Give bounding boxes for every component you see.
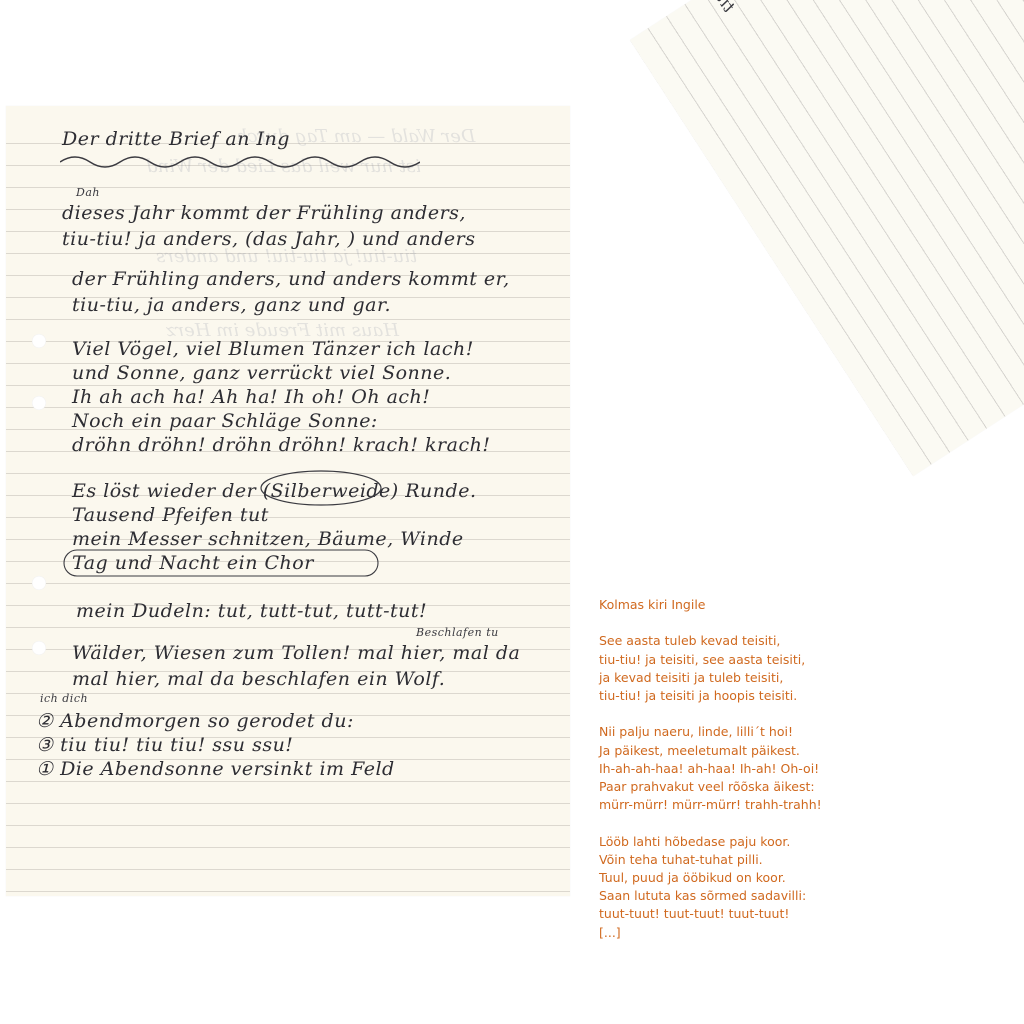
manuscript-line: der Frühling anders, und anders kommt er… [72,268,510,290]
verse-line: Paar prahvakut veel rõõska äikest: [599,778,899,796]
verse-line: [...] [599,924,899,942]
verse-line: tiu-tiu! ja teisiti, see aasta teisiti, [599,651,899,669]
manuscript-line: ③ tiu tiu! tiu tiu! ssu ssu! [36,734,293,756]
stanza: Nii palju naeru, linde, lilli´t hoi! Ja … [599,723,899,814]
punch-hole [32,396,46,410]
manuscript-line: Dah [76,186,100,199]
manuscript-page-left: Der Wald — am Tag durch ist nur weil das… [6,106,570,896]
punch-hole [32,641,46,655]
manuscript-line: Beschlafen tu [416,626,499,639]
circle-annotation [256,468,386,508]
verse-line: Võin teha tuhat-tuhat pilli. [599,851,899,869]
manuscript-line: und Sonne, ganz verrückt viel Sonne. [72,362,451,384]
verse-line: Lööb lahti hõbedase paju koor. [599,833,899,851]
verse-line: mürr-mürr! mürr-mürr! trahh-trahh! [599,796,899,814]
verse-line: tuut-tuut! tuut-tuut! tuut-tuut! [599,905,899,923]
manuscript-line: mein Dudeln: tut, tutt-tut, tutt-tut! [76,600,427,622]
translation-title: Kolmas kiri Ingile [599,596,899,614]
manuscript-line: ② Abendmorgen so gerodet du: [36,710,354,732]
manuscript-line: Viel Vögel, viel Blumen Tänzer ich lach! [72,338,474,360]
verse-line: Nii palju naeru, linde, lilli´t hoi! [599,723,899,741]
manuscript-line: tiu-tiu! ja anders, (das Jahr, ) und and… [62,228,476,250]
manuscript-line: dieses Jahr kommt der Frühling anders, [62,202,466,224]
verse-line: Tuul, puud ja ööbikud on koor. [599,869,899,887]
verse-line: Saan lututa kas sõrmed sadavilli: [599,887,899,905]
wavy-underline [60,150,420,172]
manuscript-line: Tausend Pfeifen tut [72,504,269,526]
rotated-page: Der Wald — tief im am Tag, durch Wind wi… [630,0,1024,476]
manuscript-line: ① Die Abendsonne versinkt im Feld [36,758,395,780]
manuscript-page-right: Der Wald — tief im am Tag, durch Wind wi… [570,10,1024,610]
verse-line: Ja päikest, meeletumalt päikest. [599,742,899,760]
manuscript-line: Wälder, Wiesen zum Tollen! mal hier, mal… [72,642,520,664]
manuscript-line: tiu-tiu, ja anders, ganz und gar. [72,294,391,316]
punch-hole [32,334,46,348]
verse-line: See aasta tuleb kevad teisiti, [599,632,899,650]
manuscript-line: Noch ein paar Schläge Sonne: [72,410,378,432]
verse-line: ja kevad teisiti ja tuleb teisiti, [599,669,899,687]
manuscript-line: dröhn dröhn! dröhn dröhn! krach! krach! [72,434,490,456]
circle-annotation [62,546,382,580]
manuscript-line: tiu-tiu! ja tiu-tiu! [643,0,738,16]
stanza: Lööb lahti hõbedase paju koor. Võin teha… [599,833,899,942]
punch-hole [32,576,46,590]
manuscript-title: Der dritte Brief an Ing [62,128,290,150]
stanza: See aasta tuleb kevad teisiti, tiu-tiu! … [599,632,899,705]
verse-line: Ih-ah-ah-haa! ah-haa! Ih-ah! Oh-oi! [599,760,899,778]
translation-text: Kolmas kiri Ingile See aasta tuleb kevad… [599,596,899,960]
manuscript-line: ich dich [40,692,88,705]
verse-line: tiu-tiu! ja teisiti ja hoopis teisiti. [599,687,899,705]
manuscript-line: mal hier, mal da beschlafen ein Wolf. [72,668,445,690]
manuscript-line: Ih ah ach ha! Ah ha! Ih oh! Oh ach! [72,386,430,408]
